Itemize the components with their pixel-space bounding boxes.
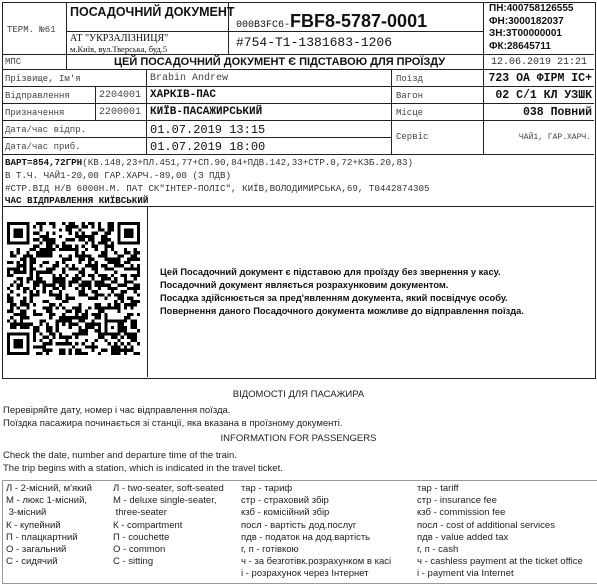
legend-item: M - deluxe single-seater, <box>113 495 224 507</box>
seat-value: 038 Повний <box>523 106 592 119</box>
arrival-time-label: Дата/час приб. <box>5 142 81 152</box>
departure-code: 2204001 <box>99 90 141 101</box>
price-breakdown: (КВ.148,23+ПЛ.451,77+СП.90,84+ПДВ.142,33… <box>82 157 413 168</box>
legend-item: стр - insurance fee <box>417 495 583 507</box>
validity-banner: ЦЕЙ ПОСАДОЧНИЙ ДОКУМЕНТ Є ПІДСТАВОЮ ДЛЯ … <box>114 56 445 68</box>
destination-code: 2200001 <box>99 107 141 118</box>
info-en-title: INFORMATION FOR PASSENGERS <box>0 433 597 444</box>
legend-item: О - common <box>113 544 224 556</box>
notice-line: Посадка здійснюється за пред'явленням до… <box>160 292 524 305</box>
info-ua-line: Поїздка пасажира починається зі станції,… <box>3 418 343 429</box>
fiscal-line: ЗН:3Т00000001 <box>489 28 573 41</box>
info-ua-line: Перевіряйте дату, номер і час відправлен… <box>3 405 230 416</box>
fiscal-line: ПН:400758126555 <box>489 3 573 16</box>
legend-col-1: Л - 2-місний, м'який М - люкс 1-місний, … <box>6 483 92 568</box>
ticket-notices: Цей Посадочний документ є підставою для … <box>160 266 524 318</box>
legend-item: К - купейний <box>6 520 92 532</box>
legend-col-4: тар - tariff стр - insurance fee кзб - c… <box>417 483 583 581</box>
document-number-prefix: 000B3FC6- <box>236 20 290 31</box>
legend-item: К - compartment <box>113 520 224 532</box>
info-en-line: The trip begins with a station, which is… <box>3 463 283 474</box>
fiscal-info: ПН:400758126555 ФН:3000182037 ЗН:3Т00000… <box>489 3 573 53</box>
destination-label: Призначення <box>5 108 64 118</box>
mps-label: МПС <box>5 57 21 67</box>
service-value: ЧАЙ1, ГАР.ХАРЧ. <box>519 133 591 142</box>
legend-item: М - люкс 1-місний, <box>6 495 92 507</box>
legend-item: тар - тариф <box>241 483 391 495</box>
legend-item: Л - two-seater, soft-seated <box>113 483 224 495</box>
legend-item: тар - tariff <box>417 483 583 495</box>
seat-label: Місце <box>396 108 423 118</box>
legend-item: і - розрахунок через Інтернет <box>241 568 391 580</box>
departure-time-label: Дата/час відпр. <box>5 125 86 135</box>
legend-box: Л - 2-місний, м'який М - люкс 1-місний, … <box>2 480 597 584</box>
notice-line: Цей Посадочний документ є підставою для … <box>160 266 524 279</box>
legend-item: г, п - cash <box>417 544 583 556</box>
departure-station: ХАРКІВ-ПАС <box>150 89 216 101</box>
document-title: ПОСАДОЧНИЙ ДОКУМЕНТ <box>70 5 235 19</box>
price-line: ВАРТ=854,72ГРН(КВ.148,23+ПЛ.451,77+СП.90… <box>5 157 413 168</box>
info-ua-title: ВІДОМОСТІ ДЛЯ ПАСАЖИРА <box>0 389 597 400</box>
arrival-time: 01.07.2019 18:00 <box>150 140 265 154</box>
insurance-info: #СТР.ВІД Н/В 6000Н.М. ПАТ СК"ІНТЕР-ПОЛІС… <box>5 183 430 194</box>
legend-item: г, п - готівкою <box>241 544 391 556</box>
legend-item: ч - cashless payment at the ticket offic… <box>417 556 583 568</box>
legend-item: three-seater <box>113 507 224 519</box>
legend-item: пдв - податок на дод.вартість <box>241 532 391 544</box>
legend-item: С - сидячий <box>6 556 92 568</box>
legend-item: Л - 2-місний, м'який <box>6 483 92 495</box>
company-name: АТ "УКРЗАЛІЗНИЦЯ" <box>70 33 168 44</box>
notice-line: Повернення даного Посадочного документа … <box>160 305 524 318</box>
legend-col-2: Л - two-seater, soft-seated M - deluxe s… <box>113 483 224 568</box>
legend-item: П - couchette <box>113 532 224 544</box>
fiscal-line: ФК:28645711 <box>489 41 573 54</box>
passenger-name: Brabin Andrew <box>150 73 228 84</box>
info-en-line: Check the date, number and departure tim… <box>3 450 237 461</box>
company-address: м.Київ, вул.Тверська, буд.5 <box>70 44 167 54</box>
price-total: ВАРТ=854,72ГРН <box>5 157 82 168</box>
legend-item: ч - за безготівк.розрахунком в касі <box>241 556 391 568</box>
departure-time-note: ЧАС ВІДПРАВЛЕННЯ КИЇВСЬКИЙ <box>5 195 148 206</box>
legend-item: С - sitting <box>113 556 224 568</box>
car-label: Вагон <box>396 91 423 101</box>
issue-datetime: 12.06.2019 21:21 <box>491 57 587 68</box>
legend-item: кзб - комісійний збір <box>241 507 391 519</box>
legend-item: 3-місний <box>6 507 92 519</box>
document-number-main: FBF8-5787-0001 <box>290 11 427 31</box>
legend-item: посл - cost of additional services <box>417 520 583 532</box>
train-value: 723 ОА ФІРМ ІС+ <box>488 72 592 85</box>
name-label: Прізвище, Ім'я <box>5 74 81 84</box>
document-number: 000B3FC6-FBF8-5787-0001 <box>236 11 427 32</box>
legend-item: i - payment via Internet <box>417 568 583 580</box>
car-value: 02 С/1 КЛ УЗШК <box>495 89 592 102</box>
legend-item: посл - вартість дод.послуг <box>241 520 391 532</box>
train-label: Поїзд <box>396 74 423 84</box>
terminal-number: ТЕРМ. №61 <box>7 25 56 35</box>
departure-label: Відправлення <box>5 91 70 101</box>
legend-item: стр - страховий збір <box>241 495 391 507</box>
qr-code <box>7 222 140 355</box>
legend-item: П - плацкартний <box>6 532 92 544</box>
price-included: В Т.Ч. ЧАЙ1-20,00 ГАР.ХАРЧ.-89,00 (З ПДВ… <box>5 170 231 181</box>
legend-item: О - загальний <box>6 544 92 556</box>
notice-line: Посадочний документ являється розрахунко… <box>160 279 524 292</box>
legend-col-3: тар - тариф стр - страховий збір кзб - к… <box>241 483 391 581</box>
destination-station: КИЇВ-ПАСАЖИРСЬКИЙ <box>150 106 262 118</box>
legend-item: пдв - value added tax <box>417 532 583 544</box>
departure-time: 01.07.2019 13:15 <box>150 123 265 137</box>
service-label: Сервіс <box>396 132 428 142</box>
legend-item: кзб - commission fee <box>417 507 583 519</box>
order-number: #754-T1-1381683-1206 <box>236 35 392 50</box>
fiscal-line: ФН:3000182037 <box>489 16 573 29</box>
